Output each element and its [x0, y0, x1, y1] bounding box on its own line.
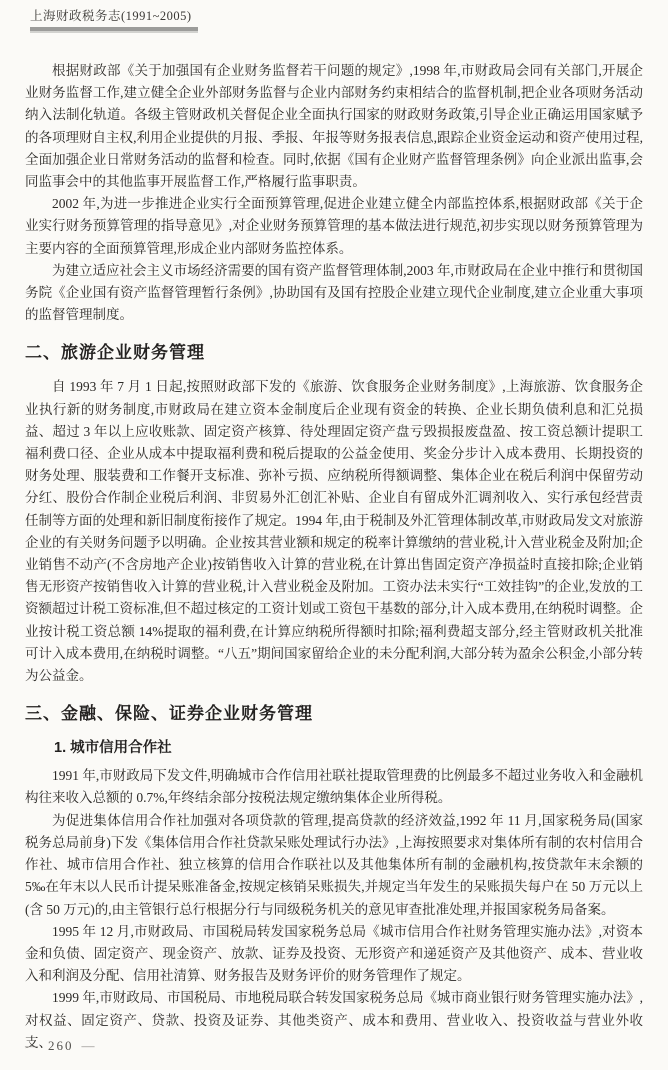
paragraph: 1999 年,市财政局、市国税局、市地税局联合转发国家税务总局《城市商业银行财务…: [25, 987, 643, 1054]
section-heading-finance: 三、金融、保险、证券企业财务管理: [25, 702, 643, 726]
page-body: 根据财政部《关于加强国有企业财务监督若干问题的规定》,1998 年,市财政局会同…: [25, 60, 643, 1054]
paragraph: 根据财政部《关于加强国有企业财务监督若干问题的规定》,1998 年,市财政局会同…: [25, 60, 643, 193]
section-heading-tourism: 二、旅游企业财务管理: [25, 341, 643, 365]
subsection-heading-city-credit-union: 1. 城市信用合作社: [25, 737, 643, 759]
paragraph: 1995 年 12 月,市财政局、市国税局转发国家税务总局《城市信用合作社财务管…: [25, 921, 643, 988]
paragraph: 2002 年,为进一步推进企业实行全面预算管理,促进企业建立健全内部监控体系,根…: [25, 193, 643, 260]
paragraph: 自 1993 年 7 月 1 日起,按照财政部下发的《旅游、饮食服务企业财务制度…: [25, 376, 643, 687]
paragraph: 1991 年,市财政局下发文件,明确城市合作信用社联社提取管理费的比例最多不超过…: [25, 765, 643, 809]
running-head: 上海财政税务志(1991~2005): [30, 8, 198, 33]
footer-left-dash: —: [25, 1038, 40, 1053]
page-footer: —260—: [25, 1038, 97, 1054]
book-page: 上海财政税务志(1991~2005) 根据财政部《关于加强国有企业财务监督若干问…: [0, 0, 668, 1070]
footer-right-dash: —: [82, 1038, 97, 1053]
page-number: 260: [48, 1038, 74, 1053]
title-underline-bar: [30, 27, 198, 33]
paragraph: 为促进集体信用合作社加强对各项贷款的管理,提高贷款的经济效益,1992 年 11…: [25, 810, 643, 921]
book-title: 上海财政税务志(1991~2005): [30, 8, 198, 24]
paragraph: 为建立适应社会主义市场经济需要的国有资产监督管理体制,2003 年,市财政局在企…: [25, 260, 643, 327]
